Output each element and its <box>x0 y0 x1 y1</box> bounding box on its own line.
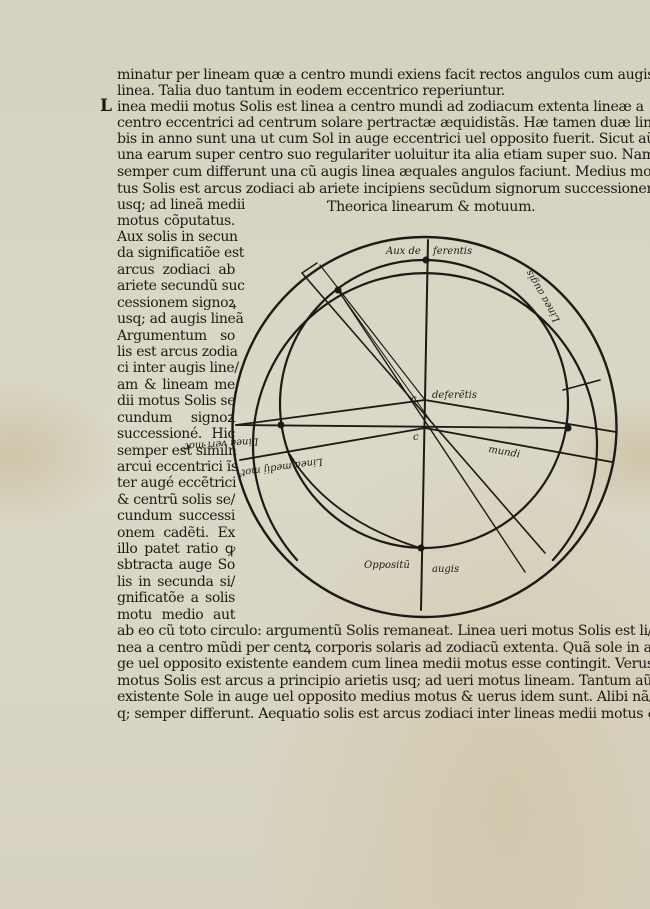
line-horizontal-left <box>236 425 568 428</box>
label-ferentis: ferentis <box>432 246 472 257</box>
zodiac-tick <box>563 380 600 390</box>
label-centrum-eccentrici: c <box>411 394 417 405</box>
line-veri-motus-top <box>236 400 425 425</box>
label-augis: augis <box>432 564 459 575</box>
line-medii-motus <box>240 428 425 460</box>
label-mundi: mundi <box>487 444 520 460</box>
label-linea-veri-motus: Linea veri mot⁹ <box>180 435 259 451</box>
diagonal-line-4 <box>320 265 425 400</box>
label-oppositum: Oppositũ <box>364 560 410 571</box>
theorica-diagram: Aux de ferentis Linea augis deferẽtis c … <box>0 0 650 909</box>
label-centrum-mundi: c <box>413 432 419 443</box>
book-page: minatur per lineam quæ a centro mundi ex… <box>0 0 650 909</box>
diagonal-line-2 <box>338 290 525 572</box>
label-aux-de: Aux de <box>385 246 421 257</box>
label-deferentis: deferẽtis <box>432 390 477 401</box>
